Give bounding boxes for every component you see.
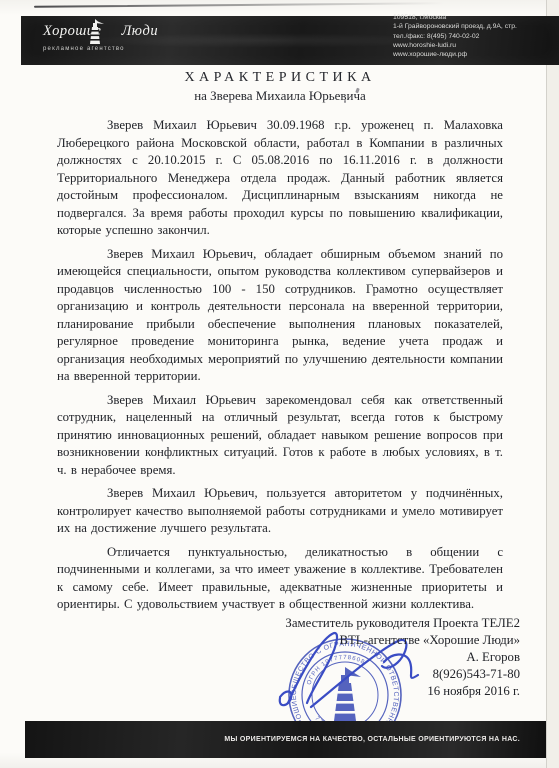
document-title: ХАРАКТЕРИСТИКА <box>57 70 503 86</box>
signer-position-line-1: Заместитель руководителя Проекта ТЕЛЕ2 <box>285 615 520 632</box>
document-paragraphs: Зверев Михаил Юрьевич 30.09.1968 г.р. ур… <box>57 117 503 614</box>
signer-name: А. Егоров <box>285 649 520 666</box>
lighthouse-tower-icon <box>85 19 105 50</box>
scan-edge-shade <box>547 0 559 768</box>
paragraph-2: Зверев Михаил Юрьевич, обладает обширным… <box>57 246 503 386</box>
document-body: ХАРАКТЕРИСТИКА на Зверева Михаила Юрьеви… <box>57 70 503 620</box>
company-logo: ХорошиеЛюди рекламное агентство <box>43 23 158 52</box>
document-subtitle: на Зверева Михаила Юрьевича <box>57 88 503 104</box>
signer-phone: 8(926)543-71-80 <box>285 666 520 683</box>
scan-artifact-line <box>34 2 444 8</box>
address-line: тел./факс: 8(495) 740-02-02 <box>393 32 559 41</box>
logo-word-2: Люди <box>121 23 158 39</box>
address-website-cyrillic: www.хорошие-люди.рф <box>393 50 559 59</box>
scan-edge-line <box>546 0 547 768</box>
paragraph-4: Зверев Михаил Юрьевич, пользуется автори… <box>57 485 503 538</box>
address-line: 109518, г.Москва <box>393 13 559 22</box>
address-line: 1-й Грайвороновский проезд, д.9А, стр. <box>393 22 559 31</box>
scanned-document-page: ХорошиеЛюди рекламное агентство 109518, … <box>0 0 559 768</box>
paragraph-5: Отличается пунктуальностью, деликатность… <box>57 544 503 614</box>
document-date: 16 ноября 2016 г. <box>285 683 520 700</box>
company-address-block: 109518, г.Москва 1-й Грайвороновский про… <box>393 13 559 59</box>
paragraph-3: Зверев Михаил Юрьевич зарекомендовал себ… <box>57 392 503 480</box>
address-website: www.horoshie-ludi.ru <box>393 41 559 50</box>
signer-position-line-2: BTL-агентстве «Хорошие Люди» <box>285 632 520 649</box>
letterhead-header-bar: ХорошиеЛюди рекламное агентство 109518, … <box>21 16 559 65</box>
paragraph-1: Зверев Михаил Юрьевич 30.09.1968 г.р. ур… <box>57 117 503 240</box>
signature-block: Заместитель руководителя Проекта ТЕЛЕ2 B… <box>285 615 520 700</box>
footer-slogan-bar: МЫ ОРИЕНТИРУЕМСЯ НА КАЧЕСТВО, ОСТАЛЬНЫЕ … <box>25 721 546 758</box>
footer-slogan-text: МЫ ОРИЕНТИРУЕМСЯ НА КАЧЕСТВО, ОСТАЛЬНЫЕ … <box>224 736 546 743</box>
